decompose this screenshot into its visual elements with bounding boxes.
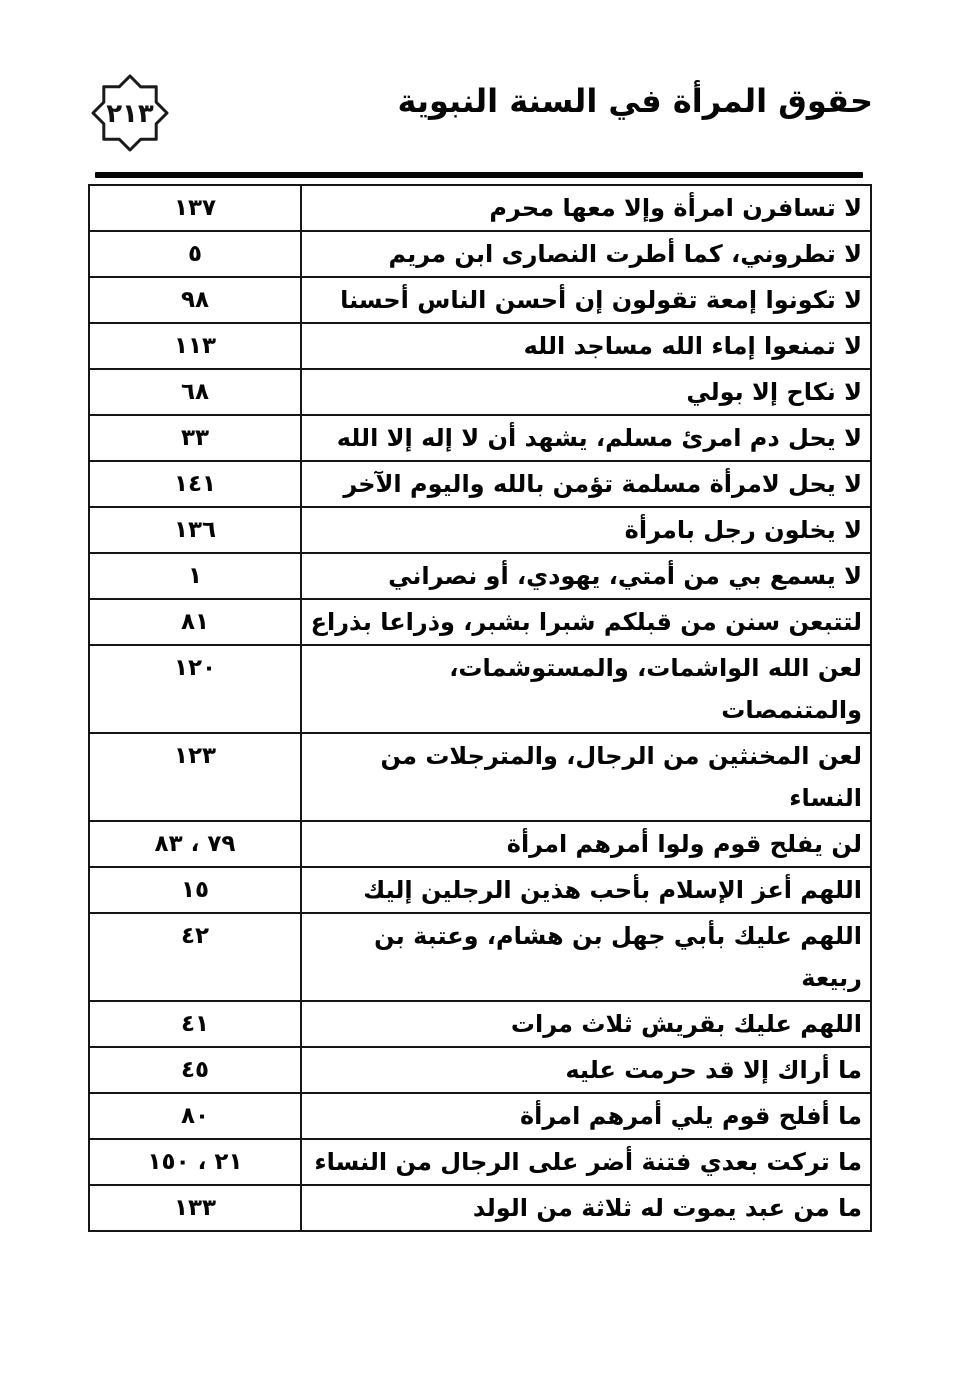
- table-row: لا تسافرن امرأة وإلا معها محرم ١٣٧: [89, 185, 871, 231]
- page-number-cell: ١٣٧: [89, 185, 301, 231]
- hadith-text-cell: لا يسمع بي من أمتي، يهودي، أو نصراني: [301, 553, 871, 599]
- table-row: اللهم أعز الإسلام بأحب هذين الرجلين إليك…: [89, 867, 871, 913]
- hadith-text-cell: لا تمنعوا إماء الله مساجد الله: [301, 323, 871, 369]
- table-row: لتتبعن سنن من قبلكم شبرا بشبر، وذراعا بذ…: [89, 599, 871, 645]
- hadith-text-cell: لا يحل لامرأة مسلمة تؤمن بالله واليوم ال…: [301, 461, 871, 507]
- hadith-text-cell: لا تطروني، كما أطرت النصارى ابن مريم: [301, 231, 871, 277]
- hadith-text-cell: اللهم أعز الإسلام بأحب هذين الرجلين إليك: [301, 867, 871, 913]
- table-row: ما أفلح قوم يلي أمرهم امرأة ٨٠: [89, 1093, 871, 1139]
- table-row: لعن الله الواشمات، والمستوشمات، والمتنمص…: [89, 645, 871, 733]
- page-number-cell: ١٤١: [89, 461, 301, 507]
- page-number-cell: ١٣٦: [89, 507, 301, 553]
- table-row: لا تطروني، كما أطرت النصارى ابن مريم ٥: [89, 231, 871, 277]
- page-number-badge: ٢١٣: [88, 72, 172, 154]
- page-number-cell: ٢١ ، ١٥٠: [89, 1139, 301, 1185]
- page-number-cell: ١٣٣: [89, 1185, 301, 1231]
- hadith-text-cell: اللهم عليك بقريش ثلاث مرات: [301, 1001, 871, 1047]
- page-number-cell: ١: [89, 553, 301, 599]
- page-number-cell: ١٢٠: [89, 645, 301, 733]
- hadith-text-cell: لن يفلح قوم ولوا أمرهم امرأة: [301, 821, 871, 867]
- page-number-cell: ٩٨: [89, 277, 301, 323]
- hadith-text-cell: لتتبعن سنن من قبلكم شبرا بشبر، وذراعا بذ…: [301, 599, 871, 645]
- table-row: لا يحل لامرأة مسلمة تؤمن بالله واليوم ال…: [89, 461, 871, 507]
- page-number-cell: ١١٣: [89, 323, 301, 369]
- page-number-cell: ١٥: [89, 867, 301, 913]
- hadith-text-cell: ما من عبد يموت له ثلاثة من الولد: [301, 1185, 871, 1231]
- page-number-cell: ٤١: [89, 1001, 301, 1047]
- hadith-index-table: لا تسافرن امرأة وإلا معها محرم ١٣٧ لا تط…: [88, 184, 872, 1232]
- hadith-text-cell: لا تكونوا إمعة تقولون إن أحسن الناس أحسن…: [301, 277, 871, 323]
- page-number: ٢١٣: [106, 99, 154, 129]
- hadith-text-cell: لا يخلون رجل بامرأة: [301, 507, 871, 553]
- star-icon: ٢١٣: [88, 72, 172, 154]
- page-number-cell: ٨١: [89, 599, 301, 645]
- table-row: لعن المخنثين من الرجال، والمترجلات من ال…: [89, 733, 871, 821]
- hadith-text-cell: لعن الله الواشمات، والمستوشمات، والمتنمص…: [301, 645, 871, 733]
- table-row: ما من عبد يموت له ثلاثة من الولد ١٣٣: [89, 1185, 871, 1231]
- hadith-text-cell: ما تركت بعدي فتنة أضر على الرجال من النس…: [301, 1139, 871, 1185]
- page-number-cell: ٧٩ ، ٨٣: [89, 821, 301, 867]
- table-row: اللهم عليك بقريش ثلاث مرات ٤١: [89, 1001, 871, 1047]
- page-number-cell: ٨٠: [89, 1093, 301, 1139]
- table-row: لا نكاح إلا بولي ٦٨: [89, 369, 871, 415]
- table-row: اللهم عليك بأبي جهل بن هشام، وعتبة بن رب…: [89, 913, 871, 1001]
- page-number-cell: ٤٥: [89, 1047, 301, 1093]
- table-row: ما أراك إلا قد حرمت عليه ٤٥: [89, 1047, 871, 1093]
- hadith-text-cell: لعن المخنثين من الرجال، والمترجلات من ال…: [301, 733, 871, 821]
- page-number-cell: ٦٨: [89, 369, 301, 415]
- table-row: لا تمنعوا إماء الله مساجد الله ١١٣: [89, 323, 871, 369]
- page-title: حقوق المرأة في السنة النبوية: [398, 82, 873, 120]
- page-number-cell: ١٢٣: [89, 733, 301, 821]
- hadith-table-body: لا تسافرن امرأة وإلا معها محرم ١٣٧ لا تط…: [89, 185, 871, 1231]
- hadith-text-cell: لا نكاح إلا بولي: [301, 369, 871, 415]
- table-row: لا تكونوا إمعة تقولون إن أحسن الناس أحسن…: [89, 277, 871, 323]
- table-row: لا يسمع بي من أمتي، يهودي، أو نصراني ١: [89, 553, 871, 599]
- hadith-text-cell: اللهم عليك بأبي جهل بن هشام، وعتبة بن رب…: [301, 913, 871, 1001]
- hadith-text-cell: لا يحل دم امرئ مسلم، يشهد أن لا إله إلا …: [301, 415, 871, 461]
- hadith-text-cell: ما أفلح قوم يلي أمرهم امرأة: [301, 1093, 871, 1139]
- page-number-cell: ٥: [89, 231, 301, 277]
- table-row: لن يفلح قوم ولوا أمرهم امرأة ٧٩ ، ٨٣: [89, 821, 871, 867]
- page-number-cell: ٣٣: [89, 415, 301, 461]
- table-row: لا يحل دم امرئ مسلم، يشهد أن لا إله إلا …: [89, 415, 871, 461]
- table-row: ما تركت بعدي فتنة أضر على الرجال من النس…: [89, 1139, 871, 1185]
- hadith-text-cell: لا تسافرن امرأة وإلا معها محرم: [301, 185, 871, 231]
- page-number-cell: ٤٢: [89, 913, 301, 1001]
- hadith-text-cell: ما أراك إلا قد حرمت عليه: [301, 1047, 871, 1093]
- table-row: لا يخلون رجل بامرأة ١٣٦: [89, 507, 871, 553]
- header-divider: [95, 172, 863, 178]
